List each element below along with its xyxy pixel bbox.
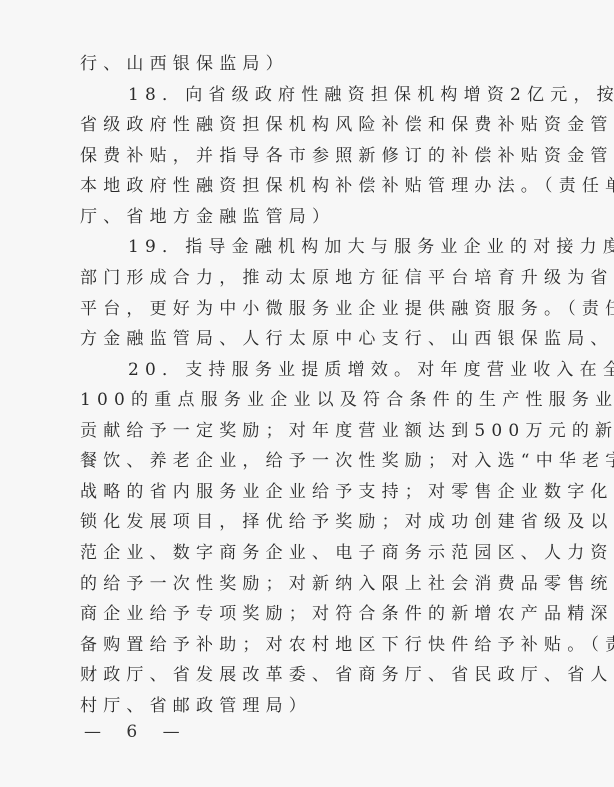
page-number: — 6 — bbox=[84, 722, 190, 742]
text-line: 平台，更好为中小微服务业企业提供融资服务。（责任单位：省地 bbox=[80, 294, 534, 325]
text-line: 100的重点服务业企业以及符合条件的生产性服务业企业，根据 bbox=[80, 385, 534, 416]
paragraph-20-start: 20．支持服务业提质增效。对年度营业收入在全省排名前 bbox=[80, 355, 534, 386]
text-line: 锁化发展项目，择优给予奖励；对成功创建省级及以上电子商务示 bbox=[80, 507, 534, 538]
text-line: 保费补贴，并指导各市参照新修订的补偿补贴资金管理办法，完善 bbox=[80, 141, 534, 172]
text-line: 村厅、省邮政管理局） bbox=[80, 691, 534, 722]
text-line: 范企业、数字商务企业、电子商务示范园区、人力资源服务产业园 bbox=[80, 538, 534, 569]
text-line: 战略的省内服务业企业给予支持；对零售企业数字化、智能化、连 bbox=[80, 477, 534, 508]
paragraph-18-start: 18．向省级政府性融资担保机构增资2亿元，按照新修订的 bbox=[80, 80, 534, 111]
text-line: 省级政府性融资担保机构风险补偿和保费补贴资金管理办法给予 bbox=[80, 110, 534, 141]
text-line: 厅、省地方金融监管局） bbox=[80, 202, 534, 233]
text-line: 的给予一次性奖励；对新纳入限上社会消费品零售统计的省内电 bbox=[80, 569, 534, 600]
text-line: 贡献给予一定奖励；对年度营业额达到500万元的新增限上住宿、 bbox=[80, 416, 534, 447]
text-line: 财政厅、省发展改革委、省商务厅、省民政厅、省人社厅、省农业农 bbox=[80, 660, 534, 691]
text-line: 商企业给予专项奖励；对符合条件的新增农产品精深加工企业设 bbox=[80, 599, 534, 630]
paragraph-19-start: 19．指导金融机构加大与服务业企业的对接力度，协调相关 bbox=[80, 232, 534, 263]
text-line: 本地政府性融资担保机构补偿补贴管理办法。（责任单位：省财政 bbox=[80, 171, 534, 202]
text-line: 部门形成合力，推动太原地方征信平台培育升级为省级地方征信 bbox=[80, 263, 534, 294]
text-line: 行、山西银保监局） bbox=[80, 49, 534, 80]
document-page: 行、山西银保监局） 18．向省级政府性融资担保机构增资2亿元，按照新修订的 省级… bbox=[80, 49, 534, 721]
text-line: 方金融监管局、人行太原中心支行、山西银保监局、省发展改革委） bbox=[80, 324, 534, 355]
text-line: 备购置给予补助；对农村地区下行快件给予补贴。（责任单位：省 bbox=[80, 630, 534, 661]
text-line: 餐饮、养老企业，给予一次性奖励；对入选“中华老字号”、国家品牌 bbox=[80, 446, 534, 477]
